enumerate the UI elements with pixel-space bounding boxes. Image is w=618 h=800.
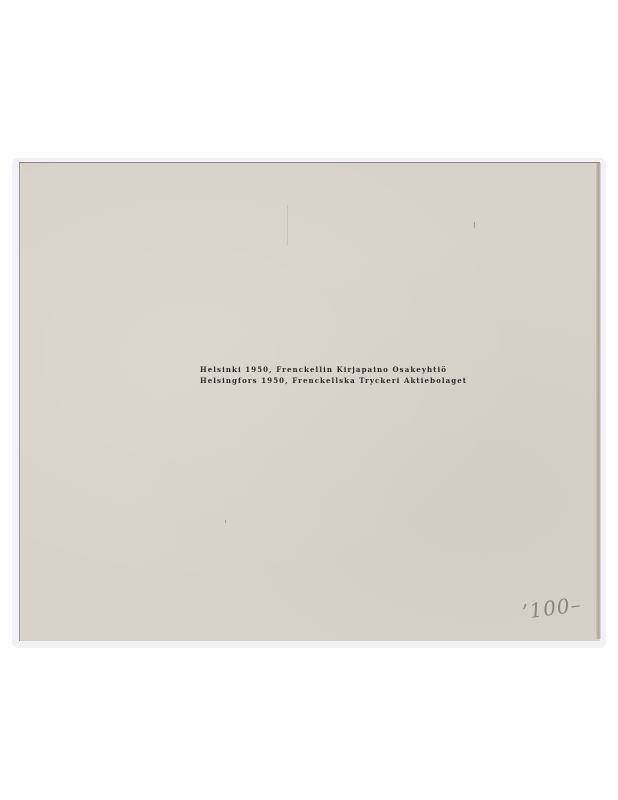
paper-speck [225, 520, 226, 523]
photo-stage: Helsinki 1950, Frenckellin Kirjapaino Os… [0, 0, 618, 800]
imprint-line-swedish: Helsingfors 1950, Frenckellska Tryckeri … [200, 375, 430, 386]
imprint-text: Helsinki 1950, Frenckellin Kirjapaino Os… [200, 364, 430, 386]
page-edge [596, 163, 601, 639]
paper-sheet [19, 162, 600, 641]
paper-speck [474, 222, 475, 228]
paper-mark [287, 205, 288, 245]
imprint-line-finnish: Helsinki 1950, Frenckellin Kirjapaino Os… [200, 364, 430, 375]
